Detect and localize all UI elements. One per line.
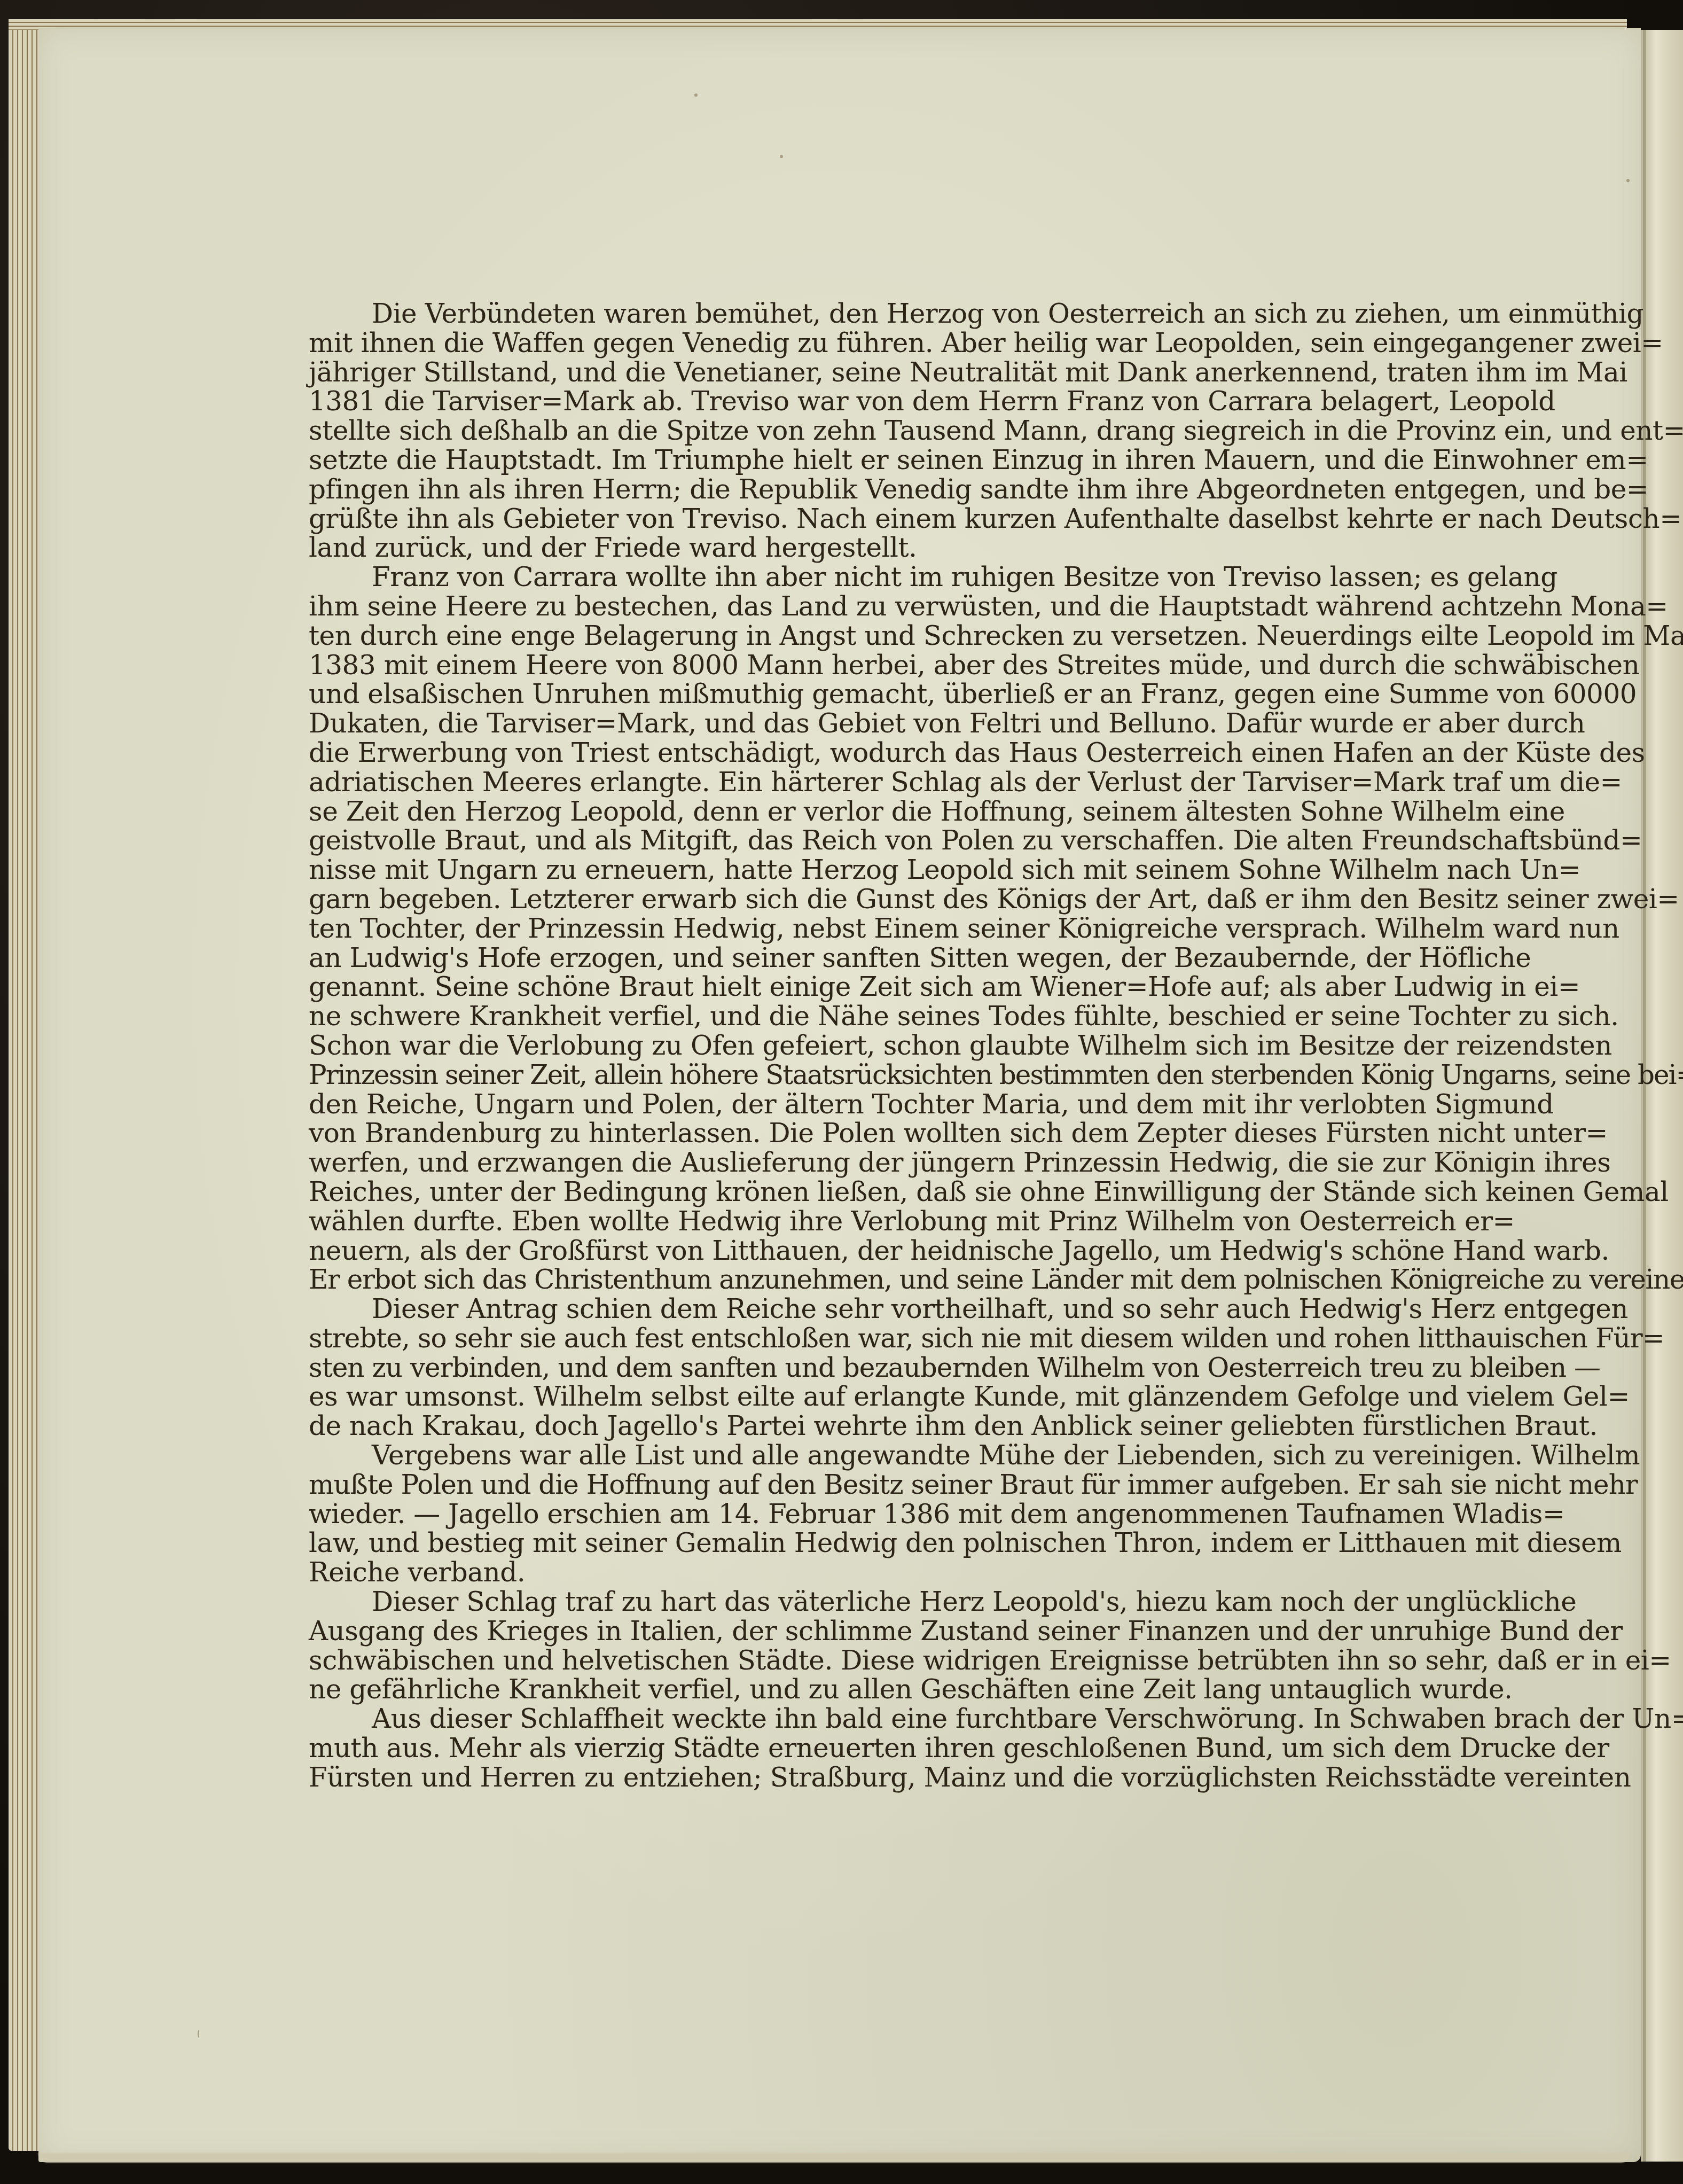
page-bottom-edge xyxy=(38,2153,1630,2163)
text-line: Aus dieser Schlaffheit weckte ihn bald e… xyxy=(309,1704,1515,1734)
text-line: ne gefährliche Krankheit verfiel, und zu… xyxy=(309,1675,1515,1704)
text-line: an Ludwig's Hofe erzogen, und seiner san… xyxy=(309,943,1515,973)
text-line: ne schwere Krankheit verfiel, und die Nä… xyxy=(309,1002,1515,1031)
paper-speck xyxy=(198,2030,199,2038)
text-line: ihm seine Heere zu bestechen, das Land z… xyxy=(309,592,1515,621)
text-line: von Brandenburg zu hinterlassen. Die Pol… xyxy=(309,1119,1515,1148)
page-stack-edges xyxy=(9,19,41,2151)
text-line: 1381 die Tarviser=Mark ab. Treviso war v… xyxy=(309,387,1515,416)
text-line: adriatischen Meeres erlangte. Ein härter… xyxy=(309,768,1515,797)
text-line: mußte Polen und die Hoffnung auf den Bes… xyxy=(309,1470,1515,1500)
text-line: Prinzessin seiner Zeit, allein höhere St… xyxy=(309,1060,1515,1090)
text-line: Reiches, unter der Bedingung krönen ließ… xyxy=(309,1177,1515,1207)
paper-speck xyxy=(1626,179,1630,182)
text-line: strebte, so sehr sie auch fest entschloß… xyxy=(309,1324,1515,1353)
text-line: genannt. Seine schöne Braut hielt einige… xyxy=(309,972,1515,1002)
text-line: wieder. — Jagello erschien am 14. Februa… xyxy=(309,1500,1515,1529)
text-line: Schon war die Verlobung zu Ofen gefeiert… xyxy=(309,1031,1515,1060)
text-line: setzte die Hauptstadt. Im Triumphe hielt… xyxy=(309,446,1515,475)
text-line: muth aus. Mehr als vierzig Städte erneue… xyxy=(309,1734,1515,1763)
text-line: neuern, als der Großfürst von Litthauen,… xyxy=(309,1236,1515,1266)
text-line: den Reiche, Ungarn und Polen, der ältern… xyxy=(309,1090,1515,1119)
text-line: sten zu verbinden, und dem sanften und b… xyxy=(309,1353,1515,1383)
text-line: Fürsten und Herren zu entziehen; Straßbu… xyxy=(309,1763,1515,1792)
text-line: Dieser Schlag traf zu hart das väterlich… xyxy=(309,1587,1515,1617)
text-line: Ausgang des Krieges in Italien, der schl… xyxy=(309,1617,1515,1646)
text-line: und elsaßischen Unruhen mißmuthig gemach… xyxy=(309,680,1515,709)
text-line: land zurück, und der Friede ward hergest… xyxy=(309,533,1515,563)
text-line: jähriger Stillstand, und die Venetianer,… xyxy=(309,358,1515,387)
paper-speck xyxy=(694,93,698,97)
text-line: geistvolle Braut, und als Mitgift, das R… xyxy=(309,826,1515,855)
text-line: grüßte ihn als Gebieter von Treviso. Nac… xyxy=(309,504,1515,534)
text-line: Dukaten, die Tarviser=Mark, und das Gebi… xyxy=(309,709,1515,738)
text-line: schwäbischen und helvetischen Städte. Di… xyxy=(309,1646,1515,1675)
text-line: se Zeit den Herzog Leopold, denn er verl… xyxy=(309,797,1515,826)
text-line: 1383 mit einem Heere von 8000 Mann herbe… xyxy=(309,651,1515,680)
text-line: werfen, und erzwangen die Auslieferung d… xyxy=(309,1148,1515,1177)
page-body-text: Die Verbündeten waren bemühet, den Herzo… xyxy=(309,299,1515,1792)
text-line: stellte sich deßhalb an die Spitze von z… xyxy=(309,416,1515,446)
text-line: ten Tochter, der Prinzessin Hedwig, nebs… xyxy=(309,914,1515,943)
text-line: ten durch eine enge Belagerung in Angst … xyxy=(309,621,1515,651)
text-line: nisse mit Ungarn zu erneuern, hatte Herz… xyxy=(309,855,1515,885)
text-line: es war umsonst. Wilhelm selbst eilte auf… xyxy=(309,1382,1515,1411)
text-line: Vergebens war alle List und alle angewan… xyxy=(309,1441,1515,1470)
text-line: garn begeben. Letzterer erwarb sich die … xyxy=(309,885,1515,914)
text-line: Die Verbündeten waren bemühet, den Herzo… xyxy=(309,299,1515,329)
text-line: Dieser Antrag schien dem Reiche sehr vor… xyxy=(309,1294,1515,1324)
text-line: die Erwerbung von Triest entschädigt, wo… xyxy=(309,738,1515,768)
paper-speck xyxy=(780,155,783,158)
text-line: Reiche verband. xyxy=(309,1558,1515,1587)
text-line: Franz von Carrara wollte ihn aber nicht … xyxy=(309,563,1515,592)
text-line: pfingen ihn als ihren Herrn; die Republi… xyxy=(309,475,1515,504)
text-line: law, und bestieg mit seiner Gemalin Hedw… xyxy=(309,1528,1515,1558)
text-line: wählen durfte. Eben wollte Hedwig ihre V… xyxy=(309,1207,1515,1236)
text-line: Er erbot sich das Christenthum anzunehme… xyxy=(309,1265,1515,1294)
text-line: de nach Krakau, doch Jagello's Partei we… xyxy=(309,1411,1515,1441)
text-line: mit ihnen die Waffen gegen Venedig zu fü… xyxy=(309,329,1515,358)
